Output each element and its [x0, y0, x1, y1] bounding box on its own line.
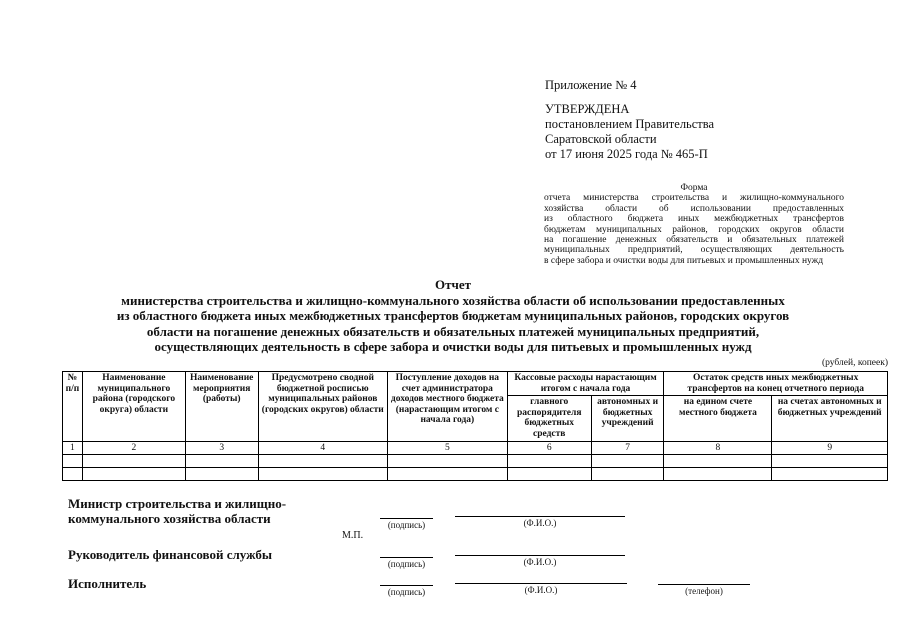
report-title: Отчет министерства строительства и жилищ…	[38, 277, 868, 355]
form-note-line: в сфере забора и очистки воды для питьев…	[544, 256, 844, 266]
form-note-line: на погашение денежных обязательств и обя…	[544, 235, 844, 245]
form-note-line: бюджетам муниципальных районов, городски…	[544, 225, 844, 235]
column-number: 3	[185, 441, 258, 454]
column-number: 2	[82, 441, 185, 454]
column-number: 8	[664, 441, 772, 454]
table-empty-cell	[664, 454, 772, 467]
approved-by-line: постановлением Правительства	[545, 117, 875, 132]
table-empty-cell	[185, 454, 258, 467]
col-header-number: № п/п	[63, 372, 83, 442]
table-empty-cell	[82, 454, 185, 467]
report-title-line: из областного бюджета иных межбюджетных …	[38, 308, 868, 324]
signature-line: (подпись)	[380, 518, 433, 530]
signatory-title-finance-head: Руководитель финансовой службы	[68, 547, 388, 562]
table-empty-cell	[63, 467, 83, 480]
col-group-balance: Остаток средств иных межбюджетных трансф…	[664, 372, 888, 396]
approved-by-line: Саратовской области	[545, 132, 875, 147]
table-empty-cell	[63, 454, 83, 467]
form-note-line: хозяйства области об использовании предо…	[544, 204, 844, 214]
table-empty-cell	[82, 467, 185, 480]
col-header-income-receipts: Поступление доходов на счет администрато…	[388, 372, 508, 442]
table-empty-cell	[388, 454, 508, 467]
column-number: 5	[388, 441, 508, 454]
form-note: Форма отчета министерства строительства …	[544, 183, 844, 266]
table-empty-cell	[591, 454, 664, 467]
column-number: 4	[258, 441, 388, 454]
col-header-municipality: Наименование муниципального района (горо…	[82, 372, 185, 442]
table-empty-cell	[772, 454, 888, 467]
column-number: 6	[507, 441, 591, 454]
table-row	[63, 454, 888, 467]
column-numbering-row: 1 2 3 4 5 6 7 8 9	[63, 441, 888, 454]
report-title-line: министерства строительства и жилищно-ком…	[38, 293, 868, 309]
table-row	[63, 467, 888, 480]
stamp-place-label: М.П.	[342, 530, 363, 541]
form-note-line: отчета министерства строительства и жили…	[544, 193, 844, 203]
table-empty-cell	[591, 467, 664, 480]
col-header-autonomous-cash: автономных и бюджетных учреждений	[591, 396, 664, 441]
table-empty-cell	[388, 467, 508, 480]
annex-number: Приложение № 4	[545, 78, 875, 93]
form-note-title: Форма	[544, 183, 844, 193]
approved-label: УТВЕРЖДЕНА	[545, 102, 875, 117]
col-group-cash-expenses: Кассовые расходы нарастающим итогом с на…	[507, 372, 664, 396]
column-number: 9	[772, 441, 888, 454]
signature-line: (подпись)	[380, 585, 433, 597]
signatory-title-executor: Исполнитель	[68, 576, 268, 591]
fio-line: (Ф.И.О.)	[455, 583, 627, 595]
report-title-line: осуществляющих деятельность в сфере забо…	[38, 339, 868, 355]
table-empty-cell	[664, 467, 772, 480]
signature-line: (подпись)	[380, 557, 433, 569]
report-table: № п/п Наименование муниципального района…	[62, 371, 888, 481]
table-empty-cell	[258, 454, 388, 467]
col-header-budget-provision: Предусмотрено сводной бюджетной росписью…	[258, 372, 388, 442]
col-header-main-administrator: главного распорядителя бюджетных средств	[507, 396, 591, 441]
table-empty-cell	[507, 467, 591, 480]
signatory-title-minister: Министр строительства и жилищно-коммунал…	[68, 496, 303, 526]
approved-by-line: от 17 июня 2025 года № 465-П	[545, 147, 875, 162]
fio-line: (Ф.И.О.)	[455, 555, 625, 567]
fio-line: (Ф.И.О.)	[455, 516, 625, 528]
column-number: 1	[63, 441, 83, 454]
column-number: 7	[591, 441, 664, 454]
col-header-autonomous-balance: на счетах автономных и бюджетных учрежде…	[772, 396, 888, 441]
report-title-heading: Отчет	[38, 277, 868, 293]
table-empty-cell	[258, 467, 388, 480]
table-empty-cell	[185, 467, 258, 480]
phone-line: (телефон)	[658, 584, 750, 596]
report-title-line: области на погашение денежных обязательс…	[38, 324, 868, 340]
col-header-activity: Наименование мероприятия (работы)	[185, 372, 258, 442]
form-note-line: муниципальных предприятий, осуществляющи…	[544, 245, 844, 255]
table-empty-cell	[507, 454, 591, 467]
col-header-single-account: на едином счете местного бюджета	[664, 396, 772, 441]
form-note-line: из областного бюджета иных межбюджетных …	[544, 214, 844, 224]
units-note: (рублей, копеек)	[793, 358, 888, 368]
table-empty-cell	[772, 467, 888, 480]
approval-block: Приложение № 4 УТВЕРЖДЕНА постановлением…	[545, 78, 875, 162]
